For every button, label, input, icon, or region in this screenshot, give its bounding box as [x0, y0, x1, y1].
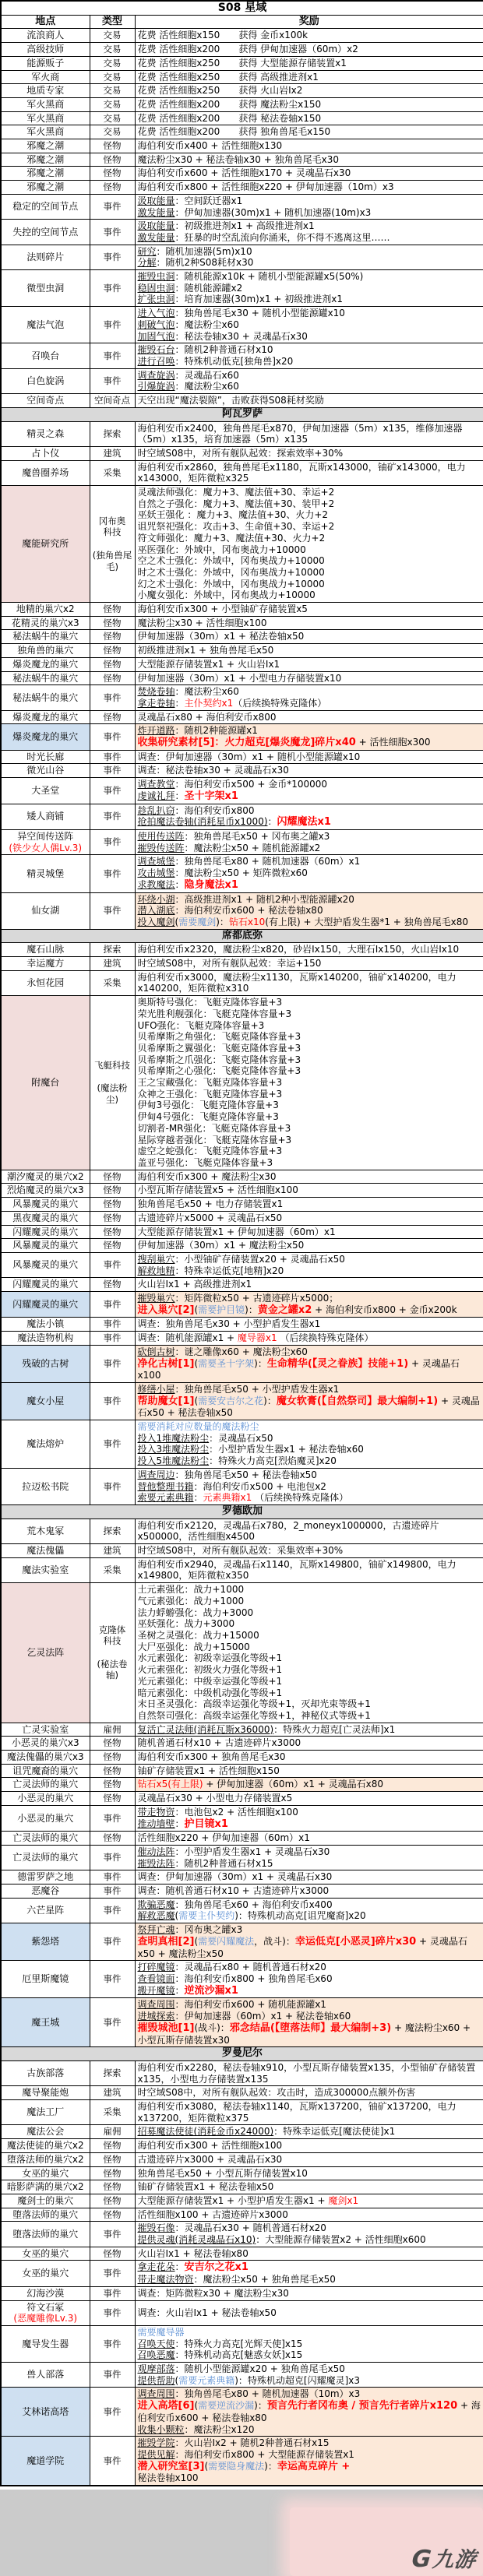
type-cell: 怪物: [90, 1239, 135, 1253]
location-cell: 堕落法师的巢穴x2: [1, 2152, 90, 2166]
reward-cell: 搜刮巢穴：小型铀矿存储装置x20 + 灵魂晶石x50解救地精：特殊幸运低克[地精…: [135, 1252, 483, 1277]
reward-segment: 拿走花朵: [138, 2261, 175, 2272]
reward-line: 投入魔剑(需要魔剑)：钻石x10(有上限) + 大型护盾发生器*1 + 独角兽尾…: [138, 917, 481, 928]
reward-line: 摧毁石像：灵魂晶石x30 + 随机普通石材x20: [138, 2222, 481, 2234]
reward-segment: 焚烧卷轴: [138, 686, 175, 697]
reward-segment: ：狂暴的时空乱流向你涌来，你不得不逃离这里……: [175, 232, 390, 243]
reward-cell: 修缮小屋：独角兽尾毛x50 + 小型护盾发生器x1帮助魔女[1](需要安吉尔之花…: [135, 1382, 483, 1420]
reward-segment: 安吉尔之花x1: [185, 2261, 249, 2273]
type-cell: 事件: [90, 1898, 135, 1923]
reward-line: 复活亡灵法师(消耗瓦斯x36000)：特殊火力超克[亡灵法师]x1: [138, 1724, 481, 1736]
type-cell: 事件: [90, 764, 135, 778]
location-cell: 法则碎片: [1, 245, 90, 269]
location-cell: 堕落法师的巢穴: [1, 2222, 90, 2247]
reward-segment: 逆流沙漏x1: [185, 1985, 238, 1997]
reward-cell: 复活亡灵法师(消耗瓦斯x36000)：特殊火力超克[亡灵法师]x1: [135, 1723, 483, 1737]
reward-line: 大尸巫强化：战力+15000: [138, 1642, 481, 1653]
reward-line: 伊甸4号强化：飞艇克隆体容量+3: [138, 1111, 481, 1123]
reward-line: 进入巢穴[2](需要护目镜)：黄金之罐x2 + 海伯利安币x800 + 金币x2…: [138, 1304, 481, 1317]
reward-line: 圣树之灵强化：战力+15000: [138, 1630, 481, 1642]
reward-segment: ：电池包x2 + 活性细胞x100: [175, 1807, 298, 1818]
reward-line: 搬开魔镜：逆流沙漏x1: [138, 1985, 481, 1997]
table-row: 仙女湖事件环绕小湖：高级推进剂x1 + 随机2种小型能源罐x20潜入湖底：海伯利…: [1, 892, 483, 929]
location-cell: 魔石山脉: [1, 943, 90, 957]
location-cell: 稳定的空间节点: [1, 194, 90, 219]
location-cell: 魔法工厂: [1, 2100, 90, 2125]
reward-line: 查看镜面：海伯利安币x800 + 独角兽尾毛x60: [138, 1973, 481, 1985]
type-cell: 怪物: [90, 2247, 135, 2261]
reward-segment: 黄金之罐x2: [258, 1304, 312, 1316]
reward-segment: 调查周围: [138, 1999, 175, 2010]
type-cell: 采集: [90, 2100, 135, 2125]
reward-line: 切割者-MR强化：飞艇克隆体容量+3: [138, 1123, 481, 1135]
table-row: 魔女小屋事件修缮小屋：独角兽尾毛x50 + 小型护盾发生器x1帮助魔女[1](需…: [1, 1382, 483, 1420]
reward-line: 古遗迹碎片x3000 + 灵魂晶石x30: [138, 2154, 481, 2166]
type-cell: 怪物: [90, 181, 135, 195]
reward-line: 索要元素典籍：元素典籍x1 （后续换特殊克隆体）: [138, 1492, 481, 1504]
location-cell: 风暴魔灵的巢穴: [1, 1198, 90, 1212]
reward-segment: )：特殊机动超克[闪耀魔灵]x3: [234, 2375, 360, 2386]
reward-line: 海伯利安币x300 + 魔法粉尘x30: [138, 1171, 481, 1183]
reward-segment: ：魔法粉尘x50 + 随机能源罐x2: [185, 843, 321, 853]
reward-line: 时空域S08中，对所有舰队起效：攻击时，造成300000点额外伤害: [138, 2087, 481, 2099]
table-row: 风暴魔灵的巢穴怪物独角兽尾毛x50 + 电力存储装置x1: [1, 1198, 483, 1212]
location-cell: 风暴魔灵的巢穴: [1, 1252, 90, 1277]
location-cell: 小恶灵的巢穴: [1, 1792, 90, 1806]
type-cell: 建筑: [90, 1544, 135, 1558]
reward-cell: 花费 活性细胞x200 获得 魔法粉尘x150: [135, 97, 483, 111]
location-cell: 魔法气泡: [1, 307, 90, 343]
reward-cell: 调查周围：海伯利安币x600 + 随机能源罐x1进城探索：伊甸加速器（60m）x…: [135, 1998, 483, 2047]
reward-line: 摧毁法阵：随机2种普通石材x15: [138, 1858, 481, 1870]
type-cell: 事件: [90, 830, 135, 855]
reward-cell: 炸开道路：随机2种能源罐x1收集研究素材[5]：火力超克[爆炎魔龙]碎片x40 …: [135, 724, 483, 750]
table-row: 召唤台事件摧毁石台：随机2种普通石材x10进行召唤：特殊机动低克[独角兽]x20: [1, 343, 483, 368]
type-cell: 事件: [90, 245, 135, 269]
table-row: 军火黑商交易花费 活性细胞x200 获得 魔法粉尘x150: [1, 97, 483, 111]
reward-line: 火山岩Ⅰx1 + 高级推进剂x1: [138, 1279, 481, 1290]
reward-segment: ：随机能源罐x2: [175, 283, 243, 294]
location-cell: 魔女小屋: [1, 1382, 90, 1420]
reward-line: 时空域S08中，对所有舰队起效：幸运+150: [138, 958, 481, 970]
location-cell: 诅咒魔裔的巢穴: [1, 1764, 90, 1778]
reward-segment: （后续换特殊克隆体）: [252, 1492, 348, 1503]
reward-segment: 进入高塔[6]: [138, 2400, 195, 2412]
reward-line: 魔法粉尘x30 + 活性细胞x100: [138, 618, 481, 629]
reward-line: 荣光胜利舰强化：飞艇克隆体容量+3: [138, 1008, 481, 1020]
location-cell: 邪魔之潮: [1, 167, 90, 181]
reward-segment: 进行召唤: [138, 356, 175, 367]
table-row: 魔能研究所冈布奥 科技 (独角兽尾毛)灵魂法师强化：魔力+3、魔法值+30、幸运…: [1, 486, 483, 603]
reward-line: 摧毁城池[1](战斗)：邪念结晶(【堕落法师】最大编制+3) + 魔法粉尘x60…: [138, 2022, 481, 2046]
table-row: 魔法实验室采集海伯利安币x2940，灵魂晶石x1140，瓦斯x149800，铀矿…: [1, 1557, 483, 1582]
table-row: 邪魔之潮怪物海伯利安币x600 + 活性细胞x170 + 灵魂晶石x30: [1, 167, 483, 181]
reward-segment: 投入3堆魔法粉尘: [138, 1444, 210, 1455]
reward-line: 魔法粉尘x30 + 秘法卷轴x30 + 独角兽尾毛x30: [138, 154, 481, 166]
reward-line: 潜入研究室[3](需要隐身魔法)：幸运高克碎片 +: [138, 2461, 481, 2473]
reward-line: 研究：随机加速器(5m)x10: [138, 246, 481, 258]
table-title-row: S08 星域: [1, 1, 483, 15]
reward-line: 汲取能量：初级推进剂x1 + 高级推进剂x1: [138, 220, 481, 232]
reward-line: 观摩部落：随机小型能源罐x20 + 独角兽尾毛x50: [138, 2363, 481, 2375]
table-row: 白色旋涡事件调查旋涡：灵魂晶石x60引爆旋涡：魔法粉尘x60: [1, 368, 483, 393]
table-row: 精灵城堡事件调查城堡：独角兽尾毛x80 + 随机加速器（60m）x1攻击城堡：魔…: [1, 855, 483, 892]
reward-segment: ：随机2种普通石材x15: [175, 1858, 273, 1869]
type-cell: 怪物: [90, 139, 135, 153]
reward-cell: 伊甸加速器（30m）x1 + 秘法卷轴x50: [135, 630, 483, 644]
reward-cell: 海伯利安币x300 + 小型铀矿存储装置x5: [135, 603, 483, 617]
reward-line: 末日圣灵强化：高级幸运强化等级+1，灭却光束等级+1: [138, 1698, 481, 1710]
type-cell: 事件: [90, 685, 135, 710]
table-row: 精灵之森探索海伯利安币x2400，独角兽尾毛x870，伊甸加速器（5m）x135…: [1, 421, 483, 446]
reward-cell: 海伯利安币x400 + 活性细胞x130: [135, 139, 483, 153]
table-row: 兽人部落事件观摩部落：随机小型能源罐x20 + 独角兽尾毛x50提供帮助(需要元…: [1, 2363, 483, 2388]
section-header-row: 阿瓦罗萨: [1, 407, 483, 421]
reward-segment: 大型能源存储装置x1 + 小型护盾发生器x1 +: [138, 2195, 329, 2206]
reward-cell: 海伯利安币x300 + 魔法粉尘x30: [135, 1170, 483, 1184]
reward-segment: 收集研究素材[5]：火力超克[爆炎魔龙]碎片x40: [138, 737, 356, 748]
reward-segment: ：独角兽尾毛x50 + 小型护盾发生器x1: [175, 1384, 340, 1395]
location-cell: 德雷罗萨之地: [1, 1870, 90, 1884]
section-header-row: 席都底弥: [1, 929, 483, 943]
reward-segment: ：矩阵微粒x50 + 古遗迹碎片x5000；: [175, 1293, 339, 1304]
reward-cell: 花费 活性细胞x250 获得 高级推进剂x1: [135, 70, 483, 84]
reward-segment: 秘法卷轴x100: [138, 2472, 199, 2483]
reward-segment: 复活亡灵法师(消耗瓦斯x36000): [138, 1724, 274, 1735]
location-cell: 流浪商人: [1, 29, 90, 43]
location-cell: 花精灵的巢穴x3: [1, 616, 90, 630]
type-cell: 怪物: [90, 616, 135, 630]
reward-line: 灵魂晶石x30 + 小型电力存储装置x5: [138, 1793, 481, 1804]
reward-segment: 摧毁传送阵: [138, 843, 185, 853]
location-cell: 紫怨塔: [1, 1923, 90, 1961]
location-cell: 古族部落: [1, 2060, 90, 2085]
location-cell: 乞灵法阵: [1, 1583, 90, 1723]
location-cell: 幸运魔方: [1, 957, 90, 971]
reward-cell: 灵魂晶石x80 + 海伯利安币x800: [135, 710, 483, 724]
table-row: 爆炎魔龙的巢穴怪物灵魂晶石x80 + 海伯利安币x800: [1, 710, 483, 724]
reward-line: 小魔女强化：外域中，冈布奥战力+10000: [138, 589, 481, 601]
type-cell: 事件: [90, 1468, 135, 1504]
column-header-location: 地点: [1, 15, 90, 29]
table-row: 诅咒魔裔的巢穴怪物铀矿存储装置x1 + 活性细胞x150: [1, 1764, 483, 1778]
type-cell: 怪物: [90, 153, 135, 167]
reward-segment: 魔女软膏(【自然祭司】最大编制+1): [277, 1395, 438, 1407]
table-row: 闪耀魔灵的巢穴事件摧毁巢穴：矩阵微粒x50 + 古遗迹碎片x5000；进入巢穴[…: [1, 1292, 483, 1318]
reward-cell: 祭拜亡魂：冈布奥之罐x3查明真相[2](需要闪耀魔法，战斗)：幸运低克[小恶灵]…: [135, 1923, 483, 1961]
reward-segment: ：魔法粉尘x120: [185, 2424, 255, 2435]
type-cell: 事件: [90, 1382, 135, 1420]
table-row: 流浪商人交易花费 活性细胞x150 获得 金币x100k: [1, 29, 483, 43]
reward-cell: 调查：随机能源罐x1 + 魔导器x1 （后续换特殊克隆体）: [135, 1332, 483, 1346]
reward-segment: 汲取能量: [138, 220, 175, 231]
reward-segment: ：随机加速器(5m)x10: [157, 246, 252, 257]
reward-segment: ：海伯利安币x600 + 随机能源罐x1: [175, 1999, 326, 2010]
reward-segment: 摧毁石像: [138, 2222, 175, 2233]
type-cell: 雇佣: [90, 2125, 135, 2139]
type-cell: 怪物: [90, 1170, 135, 1184]
reward-segment: ：海伯利安币x600 + 秘法卷轴x80: [175, 905, 323, 916]
column-header-type: 类型: [90, 15, 135, 29]
type-cell: 怪物: [90, 2180, 135, 2194]
reward-segment: 趁乱扒窃: [138, 805, 175, 816]
reward-line: 王之宝藏强化：飞艇克隆体容量+3: [138, 1077, 481, 1089]
type-cell: 事件: [90, 1961, 135, 1998]
location-cell: 魔法傀儡的巢穴x3: [1, 1751, 90, 1765]
type-cell: 怪物: [90, 1737, 135, 1751]
reward-segment: 汲取能量: [138, 195, 175, 206]
reward-segment: ：独角兽尾毛x60 + 海伯利安币x400: [175, 1899, 333, 1910]
reward-line: 盖亚号强化：飞艇克隆体容量+3: [138, 1157, 481, 1169]
reward-cell: 时空域S08中，对所有舰队起效：攻击时，造成300000点额外伤害: [135, 2086, 483, 2100]
location-cell: 亡灵法师的巢穴: [1, 1778, 90, 1792]
reward-segment: 提供帮助: [138, 2375, 175, 2386]
reward-segment: 调查城堡: [138, 856, 175, 867]
reward-segment: 解救恶魔: [138, 1910, 175, 1921]
table-row: 恶魔谷事件调查：随机普通石材x10 + 古遗迹碎片x3000: [1, 1884, 483, 1899]
reward-line: 摧毁巢穴：矩阵微粒x50 + 古遗迹碎片x5000；: [138, 1293, 481, 1304]
reward-segment: 查看镜面: [138, 1973, 175, 1984]
reward-line: 求教魔法：隐身魔法x1: [138, 879, 481, 892]
reward-segment: 引爆旋涡: [138, 381, 175, 392]
reward-segment: + 活性细胞x300: [356, 737, 431, 748]
reward-line: 需要消耗对应数量的魔法粉尘: [138, 1421, 481, 1433]
reward-cell: 伊甸加速器（30m）x1 + 魔法粉尘x50: [135, 1239, 483, 1253]
table-row: 爆炎魔龙的巢穴怪物大型能源存储装置x1 + 火山岩Ⅰx1: [1, 657, 483, 671]
table-row: 幻海沙漠事件调查：矩阵微粒x30 + 魔法粉尘x30: [1, 2286, 483, 2300]
table-row: 地质专家交易花费 活性细胞x250 获得 火山岩Ⅰx2: [1, 84, 483, 98]
location-cell: 矮人商铺: [1, 804, 90, 829]
reward-line: 需要魔导器: [138, 2327, 481, 2338]
location-cell: 秘法蜗牛的巢穴: [1, 630, 90, 644]
type-cell: 怪物: [90, 1764, 135, 1778]
type-cell: 事件: [90, 2363, 135, 2388]
reward-line: 自然祭司强化：高级幸运强化等级+1，神秘仪式等级+1: [138, 1710, 481, 1722]
reward-segment: 预言先行者冈布奥 / 预言先行者碎片x120: [267, 2400, 457, 2412]
type-cell: 交易: [90, 43, 135, 57]
location-cell: 军火黑商: [1, 125, 90, 139]
reward-line: 投入5堆魔法粉尘：特殊火力高克[烈焰魔灵]x20: [138, 1455, 481, 1467]
reward-cell: 调查：矩阵微粒x30 + 魔法粉尘x30: [135, 2286, 483, 2300]
reward-segment: 求教魔法: [138, 879, 175, 890]
reward-line: 修缮小屋：独角兽尾毛x50 + 小型护盾发生器x1: [138, 1384, 481, 1395]
reward-segment: 欺骗恶魔: [138, 1899, 175, 1910]
reward-segment: ：特殊火力高克[光辉天使]x15: [175, 2338, 303, 2349]
reward-segment: 虔诚礼拜: [138, 790, 175, 801]
reward-line: 调查：秘法卷轴x30 + 灵魂晶石x30: [138, 765, 481, 776]
reward-line: 巫医强化：外域中，冈布奥战力+10000: [138, 544, 481, 556]
location-cell: 残破的古树: [1, 1345, 90, 1382]
reward-segment: ：海伯利安币x800: [175, 805, 255, 816]
reward-cell: 钻石x5(有上限) + 伊甸加速器（60m）x1 + 灵魂晶石x80: [135, 1778, 483, 1792]
reward-cell: 海伯利安币x3000，魔法粉尘x1130，瓦斯x140200，铀矿x140200…: [135, 970, 483, 995]
reward-cell: 调查：伊甸加速器（30m）x1 + 灵魂晶石x30: [135, 1870, 483, 1884]
reward-line: 光元素强化：中级幸运强化等级+1: [138, 1676, 481, 1687]
table-row: 亡灵法师的巢穴事件催动法阵：小型护盾发生器x1 + 灵魂晶石x30摧毁法阵：随机…: [1, 1845, 483, 1870]
reward-cell: 花费 活性细胞x250 获得 大型能源存储装置x1: [135, 56, 483, 70]
reward-segment: + 海伯利安币x800 + 金币x200k: [312, 1304, 457, 1315]
reward-segment: ：独角兽尾毛x50 + 冈布奥之罐x3: [185, 831, 330, 842]
reward-line: 初级推进剂x1 + 独角兽尾毛x50: [138, 645, 481, 656]
table-row: 艾林诺高塔事件调查周围：独角兽尾毛x80 + 随机加速器（10m）x3进入高塔[…: [1, 2388, 483, 2437]
reward-segment: 激发能量: [138, 232, 175, 243]
table-row: 军火黑商交易花费 活性细胞x200 获得 秘法卷轴x150: [1, 111, 483, 125]
location-cell: 闪耀魔灵的巢穴: [1, 1292, 90, 1318]
reward-line: 海伯利安币x400 + 活性细胞x130: [138, 140, 481, 152]
reward-line: 提供帮助(需要元素典籍)：特殊机动超克[闪耀魔灵]x3: [138, 2375, 481, 2387]
type-cell: 事件: [90, 270, 135, 307]
type-cell: 怪物: [90, 630, 135, 644]
type-cell: 事件: [90, 1420, 135, 1469]
reward-line: 诅咒祭祀强化：攻击+3、生命值+30、幸运+2: [138, 521, 481, 533]
table-row: 地精的巢穴x2怪物海伯利安币x300 + 小型铀矿存储装置x5: [1, 603, 483, 617]
table-row: 亡灵法师的巢穴怪物活性细胞x220 + 伊甸加速器（60m）x1: [1, 1832, 483, 1846]
reward-line: 钻石x5(有上限) + 伊甸加速器（60m）x1 + 灵魂晶石x80: [138, 1779, 481, 1790]
reward-line: 分解：随机2种S08耗材x30: [138, 257, 481, 269]
table-row: 魔导发生器事件需要魔导器召唤天使：特殊火力高克[光辉天使]x15召唤恶魔：特殊机…: [1, 2325, 483, 2362]
type-cell: 采集: [90, 1557, 135, 1582]
reward-cell: 土元素强化：战力+1000气元素强化：战力+1000法力蜉蝣强化：战力+3000…: [135, 1583, 483, 1723]
location-cell: 邪魔之潮: [1, 139, 90, 153]
reward-segment: 摧毁法阵: [138, 1858, 175, 1869]
reward-line: 花费 活性细胞x200 获得 魔法粉尘x150: [138, 99, 481, 111]
page-title: S08 星域: [1, 1, 483, 15]
type-cell: 交易: [90, 111, 135, 125]
reward-table: S08 星域 地点 类型 奖励 流浪商人交易花费 活性细胞x150 获得 金币x…: [0, 0, 483, 2486]
reward-line: 焚烧卷轴：魔法粉尘x60: [138, 686, 481, 698]
location-cell: 微型虫洞: [1, 270, 90, 307]
type-cell: 事件: [90, 1318, 135, 1332]
reward-line: 伊甸加速器（30m）x1 + 秘法卷轴x50: [138, 631, 481, 642]
reward-line: 海伯利安币x600 + 活性细胞x170 + 灵魂晶石x30: [138, 167, 481, 179]
location-cell: 军火黑商: [1, 97, 90, 111]
location-cell: 精灵城堡: [1, 855, 90, 892]
table-row: 紫怨塔事件祭拜亡魂：冈布奥之罐x3查明真相[2](需要闪耀魔法，战斗)：幸运低克…: [1, 1923, 483, 1961]
location-cell: 堕落法师的巢穴: [1, 2208, 90, 2222]
table-row: 花精灵的巢穴x3怪物魔法粉尘x30 + 活性细胞x100: [1, 616, 483, 630]
column-header-reward: 奖励: [135, 15, 483, 29]
reward-segment: ：伊甸加速器(30m)x1 + 随机加速器(10m)x3: [175, 207, 372, 218]
type-cell: 事件: [90, 220, 135, 245]
reward-segment: 搜刮巢穴: [138, 1254, 175, 1265]
type-cell: 事件: [90, 1805, 135, 1831]
reward-segment: ：秘法卷轴x30 + 灵魂晶石x30: [175, 331, 308, 342]
location-cell: 魔法熔炉: [1, 1420, 90, 1469]
reward-segment: 调查教堂: [138, 779, 175, 790]
reward-segment: 摧毁虫洞: [138, 271, 175, 282]
location-cell: 魔导发生器: [1, 2325, 90, 2362]
reward-segment: 需要逆流沙漏: [198, 2400, 254, 2411]
reward-line: 随机普通石材x10 + 古遗迹碎片x3000: [138, 1737, 481, 1749]
reward-cell: 初级推进剂x1 + 独角兽尾毛x50: [135, 644, 483, 658]
type-cell: 建筑: [90, 2086, 135, 2100]
reward-line: 调查：伊甸加速器（30m）x1 + 随机小型能源罐x10: [138, 751, 481, 763]
reward-line: 解救恶魔(需要主仆契约)：特殊机动高克[诅咒魔裔]x20: [138, 1910, 481, 1922]
reward-cell: 调查：随机普通石材x10 + 古遗迹碎片x3000: [135, 1884, 483, 1899]
reward-line: 花费 活性细胞x200 获得 独角兽尾毛x150: [138, 126, 481, 138]
location-cell: 爆炎魔龙的巢穴: [1, 657, 90, 671]
table-row: 魔法傀儡的巢穴x3怪物海伯利安币x300 + 独角兽尾毛x30: [1, 1751, 483, 1765]
reward-segment: 需要魔导器: [138, 2327, 185, 2338]
reward-line: 摧毁石台：随机2种普通石材x10: [138, 344, 481, 356]
reward-cell: 观摩部落：随机小型能源罐x20 + 独角兽尾毛x50提供帮助(需要元素典籍)：特…: [135, 2363, 483, 2388]
reward-cell: 时空域S08中，对所有舰队起效：幸运+150: [135, 957, 483, 971]
reward-segment: 需要魔剑: [178, 917, 216, 927]
type-cell: 事件: [90, 1884, 135, 1899]
reward-segment: 邪念结晶(【堕落法师】最大编制+3): [230, 2022, 391, 2034]
reward-segment: ，战斗)：: [254, 1936, 295, 1947]
reward-segment: 搬开魔镜: [138, 1985, 175, 1996]
reward-segment: (有上限) + 大型护盾发生器*1 + 独角兽尾毛x80: [265, 917, 468, 927]
reward-line: 活性细胞x100 + 古遗迹碎片x3000: [138, 2209, 481, 2221]
reward-segment: + 伊甸加速器（60m）x1 + 灵魂晶石x80: [203, 1779, 383, 1789]
reward-segment: 催动法阵: [138, 1846, 175, 1857]
type-cell: 怪物: [90, 1184, 135, 1198]
reward-line: 气元素强化：战力+1000: [138, 1596, 481, 1607]
reward-line: 活性细胞x220 + 伊甸加速器（60m）x1: [138, 1832, 481, 1844]
table-row: 军火黑商交易花费 活性细胞x200 获得 独角兽尾毛x150: [1, 125, 483, 139]
reward-line: 花费 活性细胞x200 获得 秘法卷轴x150: [138, 113, 481, 125]
table-body: 流浪商人交易花费 活性细胞x150 获得 金币x100k高级技师交易花费 活性细…: [1, 29, 483, 2486]
reward-line: 调查城堡：独角兽尾毛x80 + 随机加速器（60m）x1: [138, 856, 481, 867]
reward-line: 法力蜉蝣强化：战力+3000: [138, 1607, 481, 1619]
location-cell: 仙女湖: [1, 892, 90, 929]
reward-line: 独角兽尾毛x50 + 小型瓦斯存储装置x10: [138, 2168, 481, 2180]
table-row: 失控的空间节点事件汲取能量：初级推进剂x1 + 高级推进剂x1激发能量：狂暴的时…: [1, 220, 483, 245]
location-cell: 军火商: [1, 70, 90, 84]
reward-segment: )：: [254, 2400, 267, 2411]
reward-line: 调查：火山岩Ⅰx1 + 秘法卷轴x50: [138, 2307, 481, 2319]
type-cell: 事件: [90, 307, 135, 343]
reward-line: 刺破气泡：魔法粉尘x60: [138, 319, 481, 331]
reward-cell: 时空域S08中，对所有舰队起效：采集效率+30%: [135, 1544, 483, 1558]
reward-segment: ：: [175, 790, 185, 801]
location-cell: 附魔台: [1, 996, 90, 1170]
location-cell: 召唤台: [1, 343, 90, 368]
reward-cell: 汲取能量：空间跃迁器x1激发能量：伊甸加速器(30m)x1 + 随机加速器(10…: [135, 194, 483, 219]
jiuyou-logo: G九游: [411, 2543, 478, 2573]
location-cell: 荒木鬼冢: [1, 1519, 90, 1543]
reward-segment: ：特殊幸运低克[地精]x20: [175, 1265, 284, 1276]
reward-segment: ：独角兽尾毛x50 + 秘法卷轴x50: [175, 1469, 317, 1480]
reward-cell: 海伯利安币x800 + 活性细胞x220 + 伊甸加速器（10m）x3: [135, 181, 483, 195]
reward-cell: 花费 活性细胞x200 获得 伊甸加速器（60m）x2: [135, 43, 483, 57]
location-cell: 闪耀魔灵的巢穴: [1, 1225, 90, 1239]
reward-segment: 摧毁学院: [138, 2437, 175, 2448]
reward-segment: 隐身魔法x1: [185, 879, 238, 891]
location-cell: 小恶灵的巢穴: [1, 1805, 90, 1831]
table-row: 异空间传送阵(铁少女人偶Lv.3)事件使用传送阵：独角兽尾毛x50 + 冈布奥之…: [1, 830, 483, 855]
reward-cell: 海伯利安币x2400，独角兽尾毛x870，伊甸加速器（5m）x135，维修加速器…: [135, 421, 483, 446]
reward-cell: 打碎魔镜：灵魂晶石x80 + 随机普通石材x20查看镜面：海伯利安币x800 +…: [135, 1961, 483, 1998]
table-row: 魔石山脉探索海伯利安币x2320，魔法粉尘x820，砂岩Ⅰx150，大理石Ⅰx1…: [1, 943, 483, 957]
location-cell: 失控的空间节点: [1, 220, 90, 245]
table-row: 稳定的空间节点事件汲取能量：空间跃迁器x1激发能量：伊甸加速器(30m)x1 +…: [1, 194, 483, 219]
table-row: 空间奇点空间奇点天空出现“魔法裂隙”，击败获得S08耗材奖励: [1, 394, 483, 408]
reward-line: 巫妖王强化 ：魔力+3、魔法值+30、火力+2: [138, 509, 481, 521]
reward-line: 海伯利安币x800 + 活性细胞x220 + 伊甸加速器（10m）x3: [138, 181, 481, 193]
reward-segment: （后续换特殊克隆体）: [277, 1332, 374, 1343]
type-cell: 怪物: [90, 710, 135, 724]
reward-line: 替他整理书籍：海伯利安币x500 + 电池包x2: [138, 1481, 481, 1493]
reward-cell: 小型瓦斯存储装置x5 + 活性细胞x100: [135, 1184, 483, 1198]
reward-line: 海伯利安币x300 + 独角兽尾毛x30: [138, 1751, 481, 1763]
reward-line: 拿走卷轴：主仆契约x1（后续换特殊克隆体）: [138, 698, 481, 709]
reward-line: 虔诚礼拜：圣十字架x1: [138, 790, 481, 803]
reward-line: 查明真相[2](需要闪耀魔法，战斗)：幸运低克[小恶灵]碎片x30 + 灵魂晶石…: [138, 1936, 481, 1959]
reward-cell: 活性细胞x220 + 伊甸加速器（60m）x1: [135, 1832, 483, 1846]
jiuyou-logo-text: 九游: [432, 2548, 478, 2572]
